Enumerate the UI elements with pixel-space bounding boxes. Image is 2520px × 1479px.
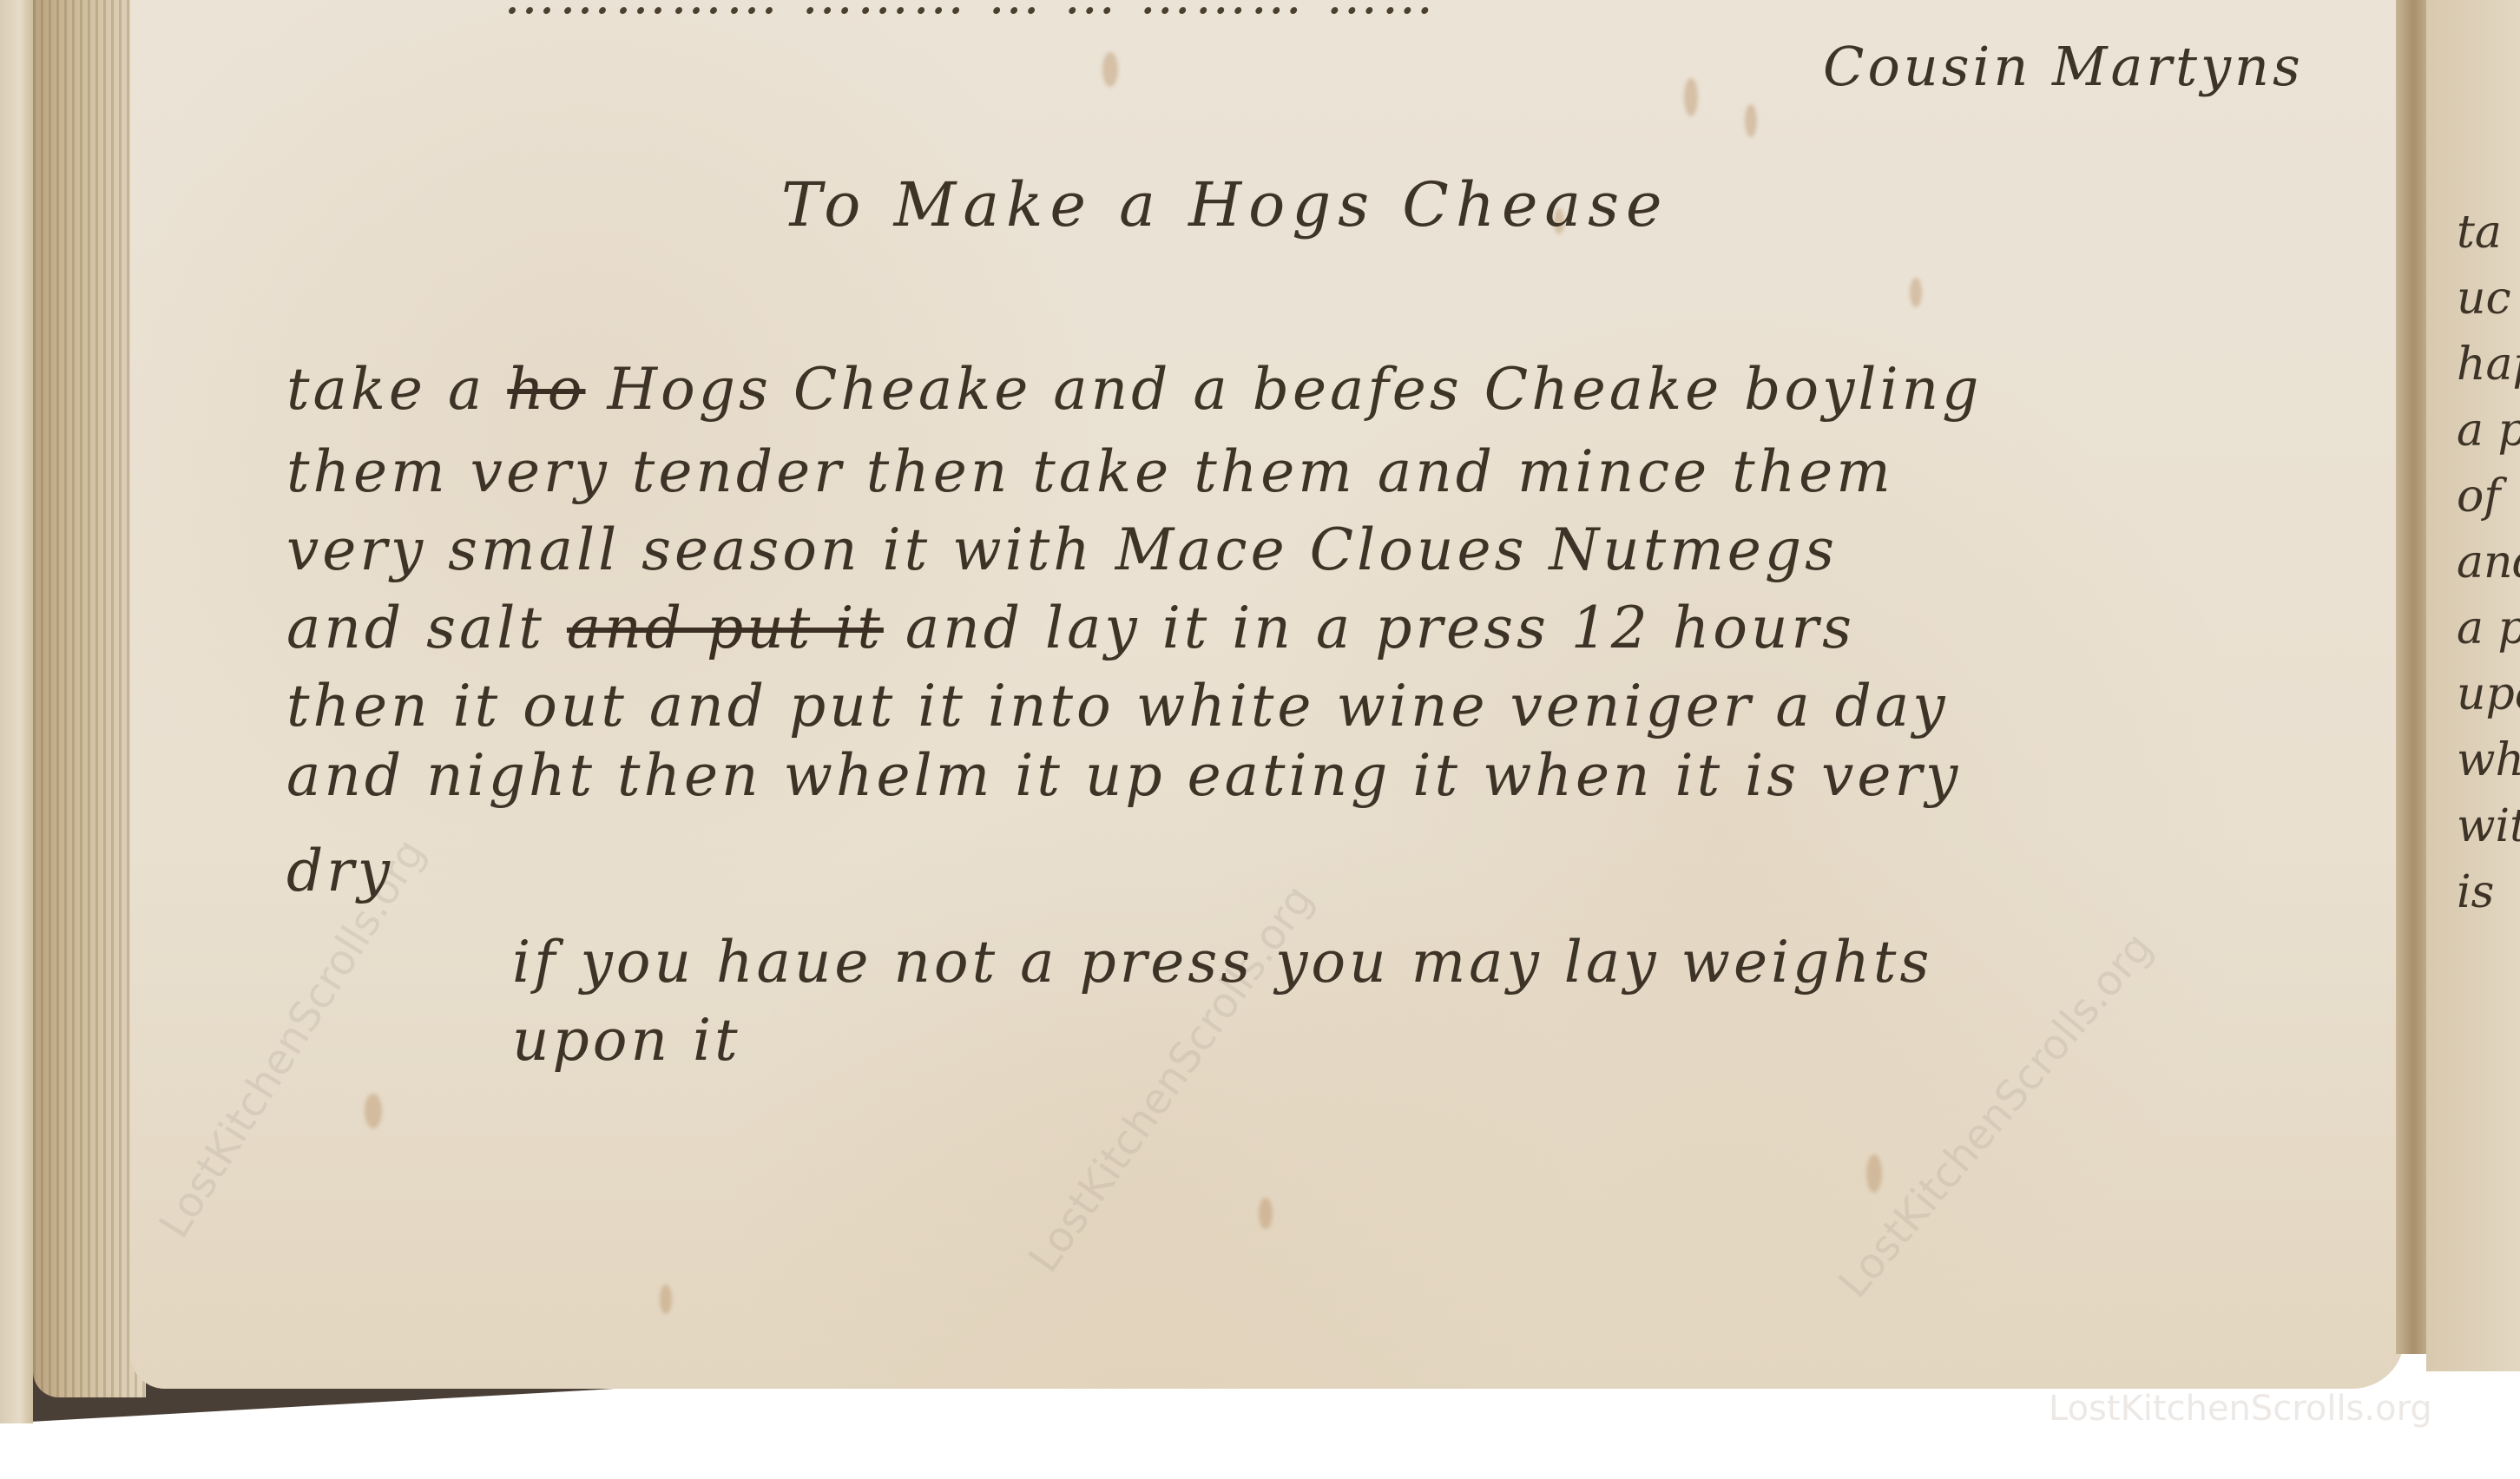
facing-fragment: ta	[2457, 200, 2520, 266]
foxing-spot	[1259, 1198, 1273, 1229]
recipe-line: and salt and put it and lay it in a pres…	[286, 595, 1855, 661]
facing-fragment: is	[2457, 859, 2520, 925]
foxing-spot	[1910, 278, 1922, 307]
struck-text: and put it	[567, 595, 884, 661]
recipe-line: and night then whelm it up eating it whe…	[286, 742, 1961, 809]
foxing-spot	[1866, 1154, 1882, 1193]
facing-fragment: upo	[2457, 661, 2520, 727]
recipe-line: dry	[286, 838, 393, 904]
line-text: them very tender then take them and minc…	[286, 438, 1894, 505]
line-text: Hogs Cheake and a beafes Cheake boyling	[585, 356, 1982, 423]
line-text: dry	[286, 838, 393, 904]
facing-fragment: a p	[2457, 595, 2520, 661]
line-text: then it out and put it into white wine v…	[286, 673, 1949, 739]
cutoff-previous-line: …………… ……… … … ……… ……	[503, 0, 1437, 26]
facing-fragment: of	[2457, 463, 2520, 529]
facing-fragment: hap	[2457, 332, 2520, 398]
recipe-line: them very tender then take them and minc…	[286, 438, 1894, 505]
foxing-spot	[660, 1285, 672, 1314]
left-page-strip	[0, 0, 33, 1423]
page-edges	[33, 0, 146, 1397]
line-text: and lay it in a press 12 hours	[884, 595, 1855, 661]
line-text: very small season it with Mace Cloues Nu…	[286, 516, 1838, 583]
foxing-spot	[1102, 52, 1118, 87]
facing-fragment: and	[2457, 529, 2520, 595]
recipe-title: To Make a Hogs Chease	[781, 169, 1668, 240]
facing-fragment: a p	[2457, 398, 2520, 463]
recipe-line: then it out and put it into white wine v…	[286, 673, 1949, 739]
facing-page-text: ta uc hap a p of and a p upo wh wit is	[2457, 200, 2520, 925]
facing-fragment: wh	[2457, 727, 2520, 793]
line-text: and salt	[286, 595, 567, 661]
facing-fragment: uc	[2457, 266, 2520, 332]
facing-fragment: wit	[2457, 793, 2520, 859]
recipe-attribution: Cousin Martyns	[1823, 35, 2304, 98]
foxing-spot	[1684, 78, 1698, 116]
struck-text: ho	[507, 356, 585, 423]
line-text: and night then whelm it up eating it whe…	[286, 742, 1961, 809]
line-text: take a	[286, 356, 507, 423]
recipe-line: very small season it with Mace Cloues Nu…	[286, 516, 1838, 583]
foxing-spot	[365, 1094, 382, 1128]
recipe-note-line: upon it	[512, 1007, 741, 1074]
recipe-line: take a ho Hogs Cheake and a beafes Cheak…	[286, 356, 1982, 423]
recipe-note-line: if you haue not a press you may lay weig…	[512, 929, 1932, 996]
foxing-spot	[1745, 104, 1757, 137]
watermark: LostKitchenScrolls.org	[2049, 1389, 2432, 1429]
